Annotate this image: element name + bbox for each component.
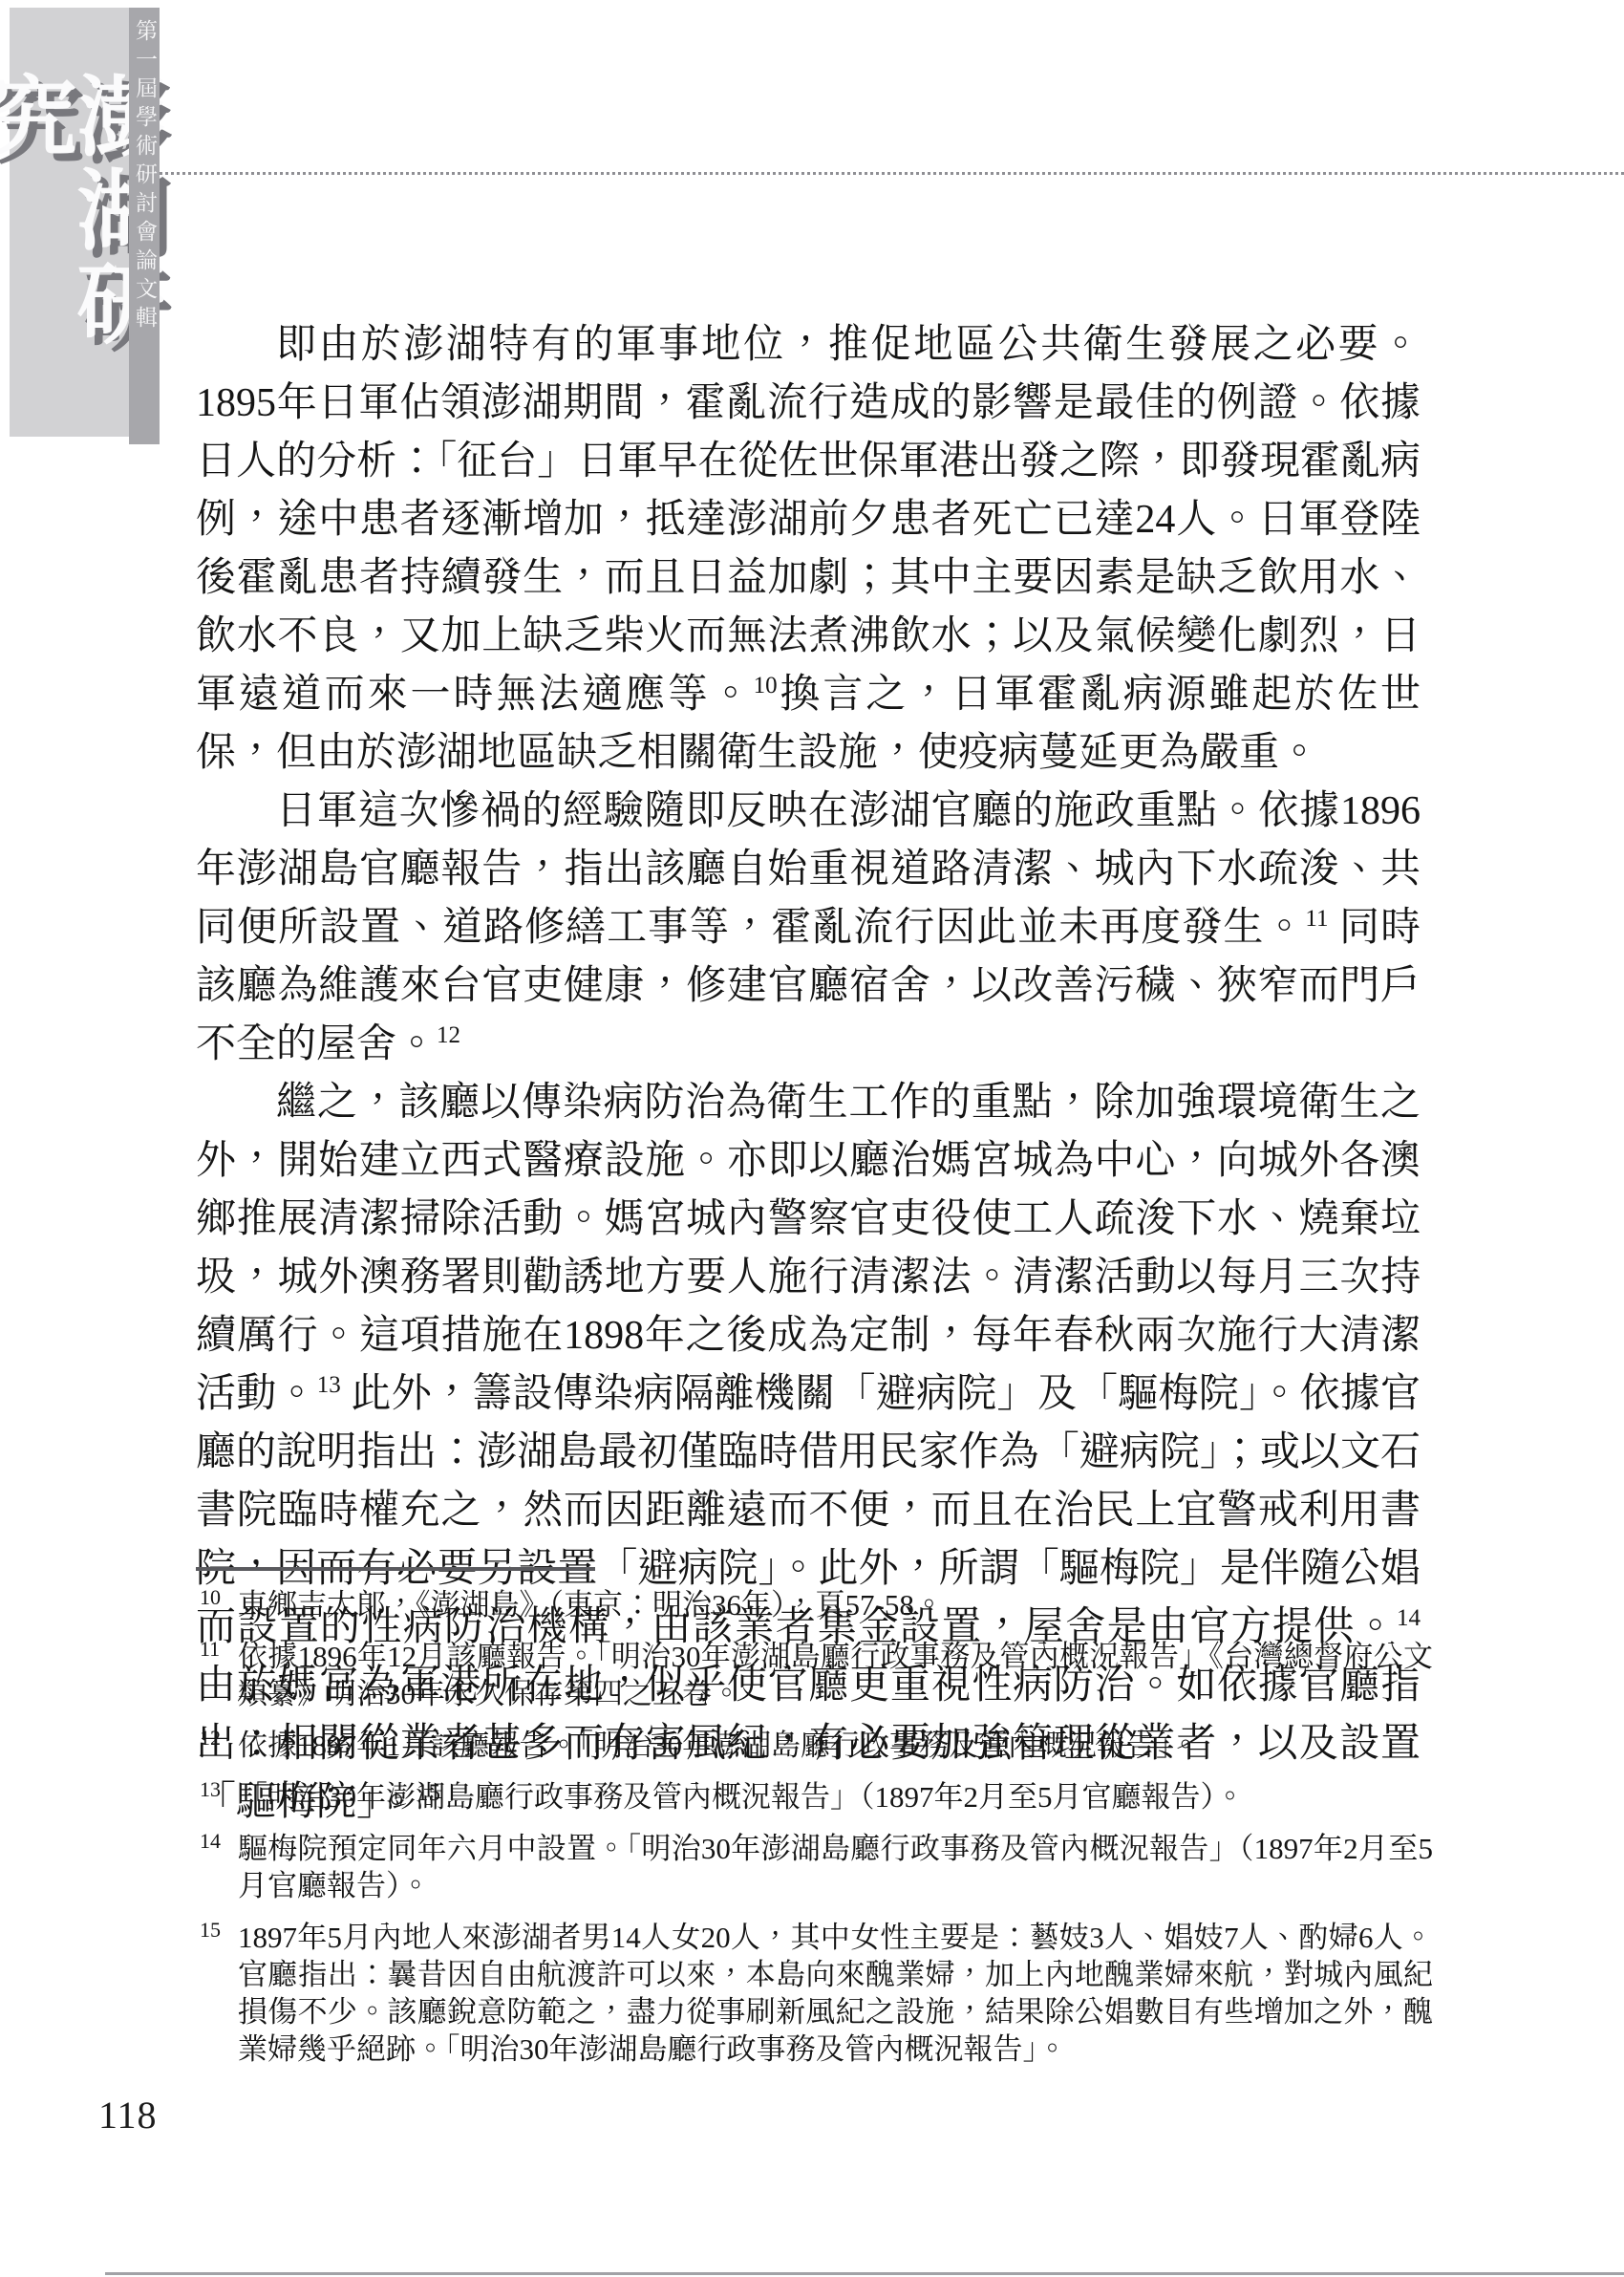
series-title-box: 澎湖研究 <box>10 8 129 437</box>
footnote: 10東鄉吉太郎，《澎湖島》（東京：明治36年），頁57-58。 <box>196 1586 1433 1623</box>
footnote-text: 「明治30年澎湖島廳行政事務及管內概況報告」（1897年2月至5月官廳報告）。 <box>238 1780 1245 1814</box>
footnote-text: 依據1896年12月該廳報告。「明治30年澎湖島廳行政事務及管內概況報告」《台灣… <box>238 1640 1433 1710</box>
bottom-scan-edge <box>105 2272 1624 2275</box>
paragraph: 即由於澎湖特有的軍事地位，推促地區公共衛生發展之必要。1895年日軍佔領澎湖期間… <box>196 316 1421 783</box>
series-subtitle: 第一屆學術研討會論文輯 <box>129 8 160 444</box>
footnote: 151897年5月內地人來澎湖者男14人女20人，其中女性主要是：藝妓3人、娼妓… <box>196 1919 1433 2068</box>
footnote: 14驅梅院預定同年六月中設置。「明治30年澎湖島廳行政事務及管內概況報告」（18… <box>196 1830 1433 1904</box>
footnote-number: 10 <box>200 1579 221 1616</box>
footnote-separator <box>196 1567 595 1571</box>
footnote-text: 依據1897年1月該廳報告。「明治30年澎湖島廳行政事務及管內概況報告」。 <box>238 1729 1201 1762</box>
footnote-number: 14 <box>200 1822 221 1859</box>
footnote-text: 東鄉吉太郎，《澎湖島》（東京：明治36年），頁57-58。 <box>238 1588 944 1622</box>
footnote-number: 13 <box>200 1771 221 1808</box>
footnote-reference: 13 <box>317 1372 341 1398</box>
header-dotted-rule <box>160 172 1624 175</box>
footnote-reference: 11 <box>1305 906 1328 932</box>
footnote-list: 10東鄉吉太郎，《澎湖島》（東京：明治36年），頁57-58。11依據1896年… <box>196 1586 1433 2082</box>
footnote-number: 11 <box>200 1630 220 1667</box>
paragraph: 日軍這次慘禍的經驗隨即反映在澎湖官廳的施政重點。依據1896年澎湖島官廳報告，指… <box>196 783 1421 1074</box>
footnote: 11依據1896年12月該廳報告。「明治30年澎湖島廳行政事務及管內概況報告」《… <box>196 1638 1433 1712</box>
footnote-reference: 10 <box>754 673 778 698</box>
footnote-text: 1897年5月內地人來澎湖者男14人女20人，其中女性主要是：藝妓3人、娼妓7人… <box>238 1921 1433 2066</box>
footnote: 13「明治30年澎湖島廳行政事務及管內概況報告」（1897年2月至5月官廳報告）… <box>196 1778 1433 1815</box>
document-page: { "sidebar": { "series_title": "澎湖研究", "… <box>0 0 1624 2277</box>
footnote-text: 驅梅院預定同年六月中設置。「明治30年澎湖島廳行政事務及管內概況報告」（1897… <box>238 1832 1433 1902</box>
footnote-reference: 12 <box>437 1022 460 1048</box>
footnote-number: 15 <box>200 1911 221 1948</box>
page-number: 118 <box>98 2093 158 2137</box>
series-subtitle-strip: 第一屆學術研討會論文輯 <box>129 8 160 444</box>
footnote-number: 12 <box>200 1719 221 1756</box>
footnote: 12依據1897年1月該廳報告。「明治30年澎湖島廳行政事務及管內概況報告」。 <box>196 1727 1433 1764</box>
